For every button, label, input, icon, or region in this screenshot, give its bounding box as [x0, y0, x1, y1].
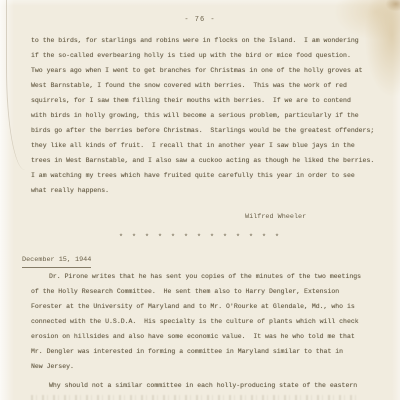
text-line: New Jersey.: [31, 359, 374, 374]
text-line: squirrels, for I saw them filling their …: [31, 93, 374, 108]
text-line: of the Holly Research Committee. He sent…: [31, 284, 374, 299]
text-line: Mr. Dengler was interested in forming a …: [31, 344, 374, 359]
page-number: - 76 -: [0, 14, 400, 26]
paragraph: Dr. Pirone writes that he has sent you c…: [31, 269, 374, 374]
asterisk-separator: * * * * * * * * * * * * *: [0, 231, 400, 246]
text-line: to the birds, for starlings and robins w…: [31, 33, 374, 48]
text-line: Why should not a similar committee in ea…: [31, 378, 374, 393]
text-line: with birds in holly growing, this will b…: [31, 108, 374, 123]
typewritten-page: - 76 - to the birds, for starlings and r…: [0, 0, 400, 400]
text-line: erosion on hillsides and also have some …: [31, 329, 374, 344]
date-heading: December 15, 1944: [22, 253, 91, 268]
text-line: birds go after the berries before Christ…: [31, 123, 374, 138]
text-line: they like all kinds of fruit. I recall t…: [31, 138, 374, 153]
text-line: Forester at the University of Maryland a…: [31, 299, 374, 314]
text-line: West Barnstable, I found the snow covere…: [31, 78, 374, 93]
signature: Wilfred Wheeler: [245, 210, 400, 225]
text-line: Two years ago when I went to get branche…: [31, 63, 374, 78]
text-line: if the so-called everbearing holly is ti…: [31, 48, 374, 63]
text-line: Dr. Pirone writes that he has sent you c…: [31, 269, 374, 284]
text-line: what really happens.: [31, 183, 374, 198]
text-line: trees in West Barnstable, and I also saw…: [31, 153, 374, 168]
paragraph: to the birds, for starlings and robins w…: [31, 33, 374, 198]
paragraph: Why should not a similar committee in ea…: [31, 378, 374, 393]
text-line: connected with the U.S.D.A. His specialt…: [31, 314, 374, 329]
text-line: I am watching my trees which have fruite…: [31, 168, 374, 183]
clipped-text-line: [31, 395, 361, 400]
